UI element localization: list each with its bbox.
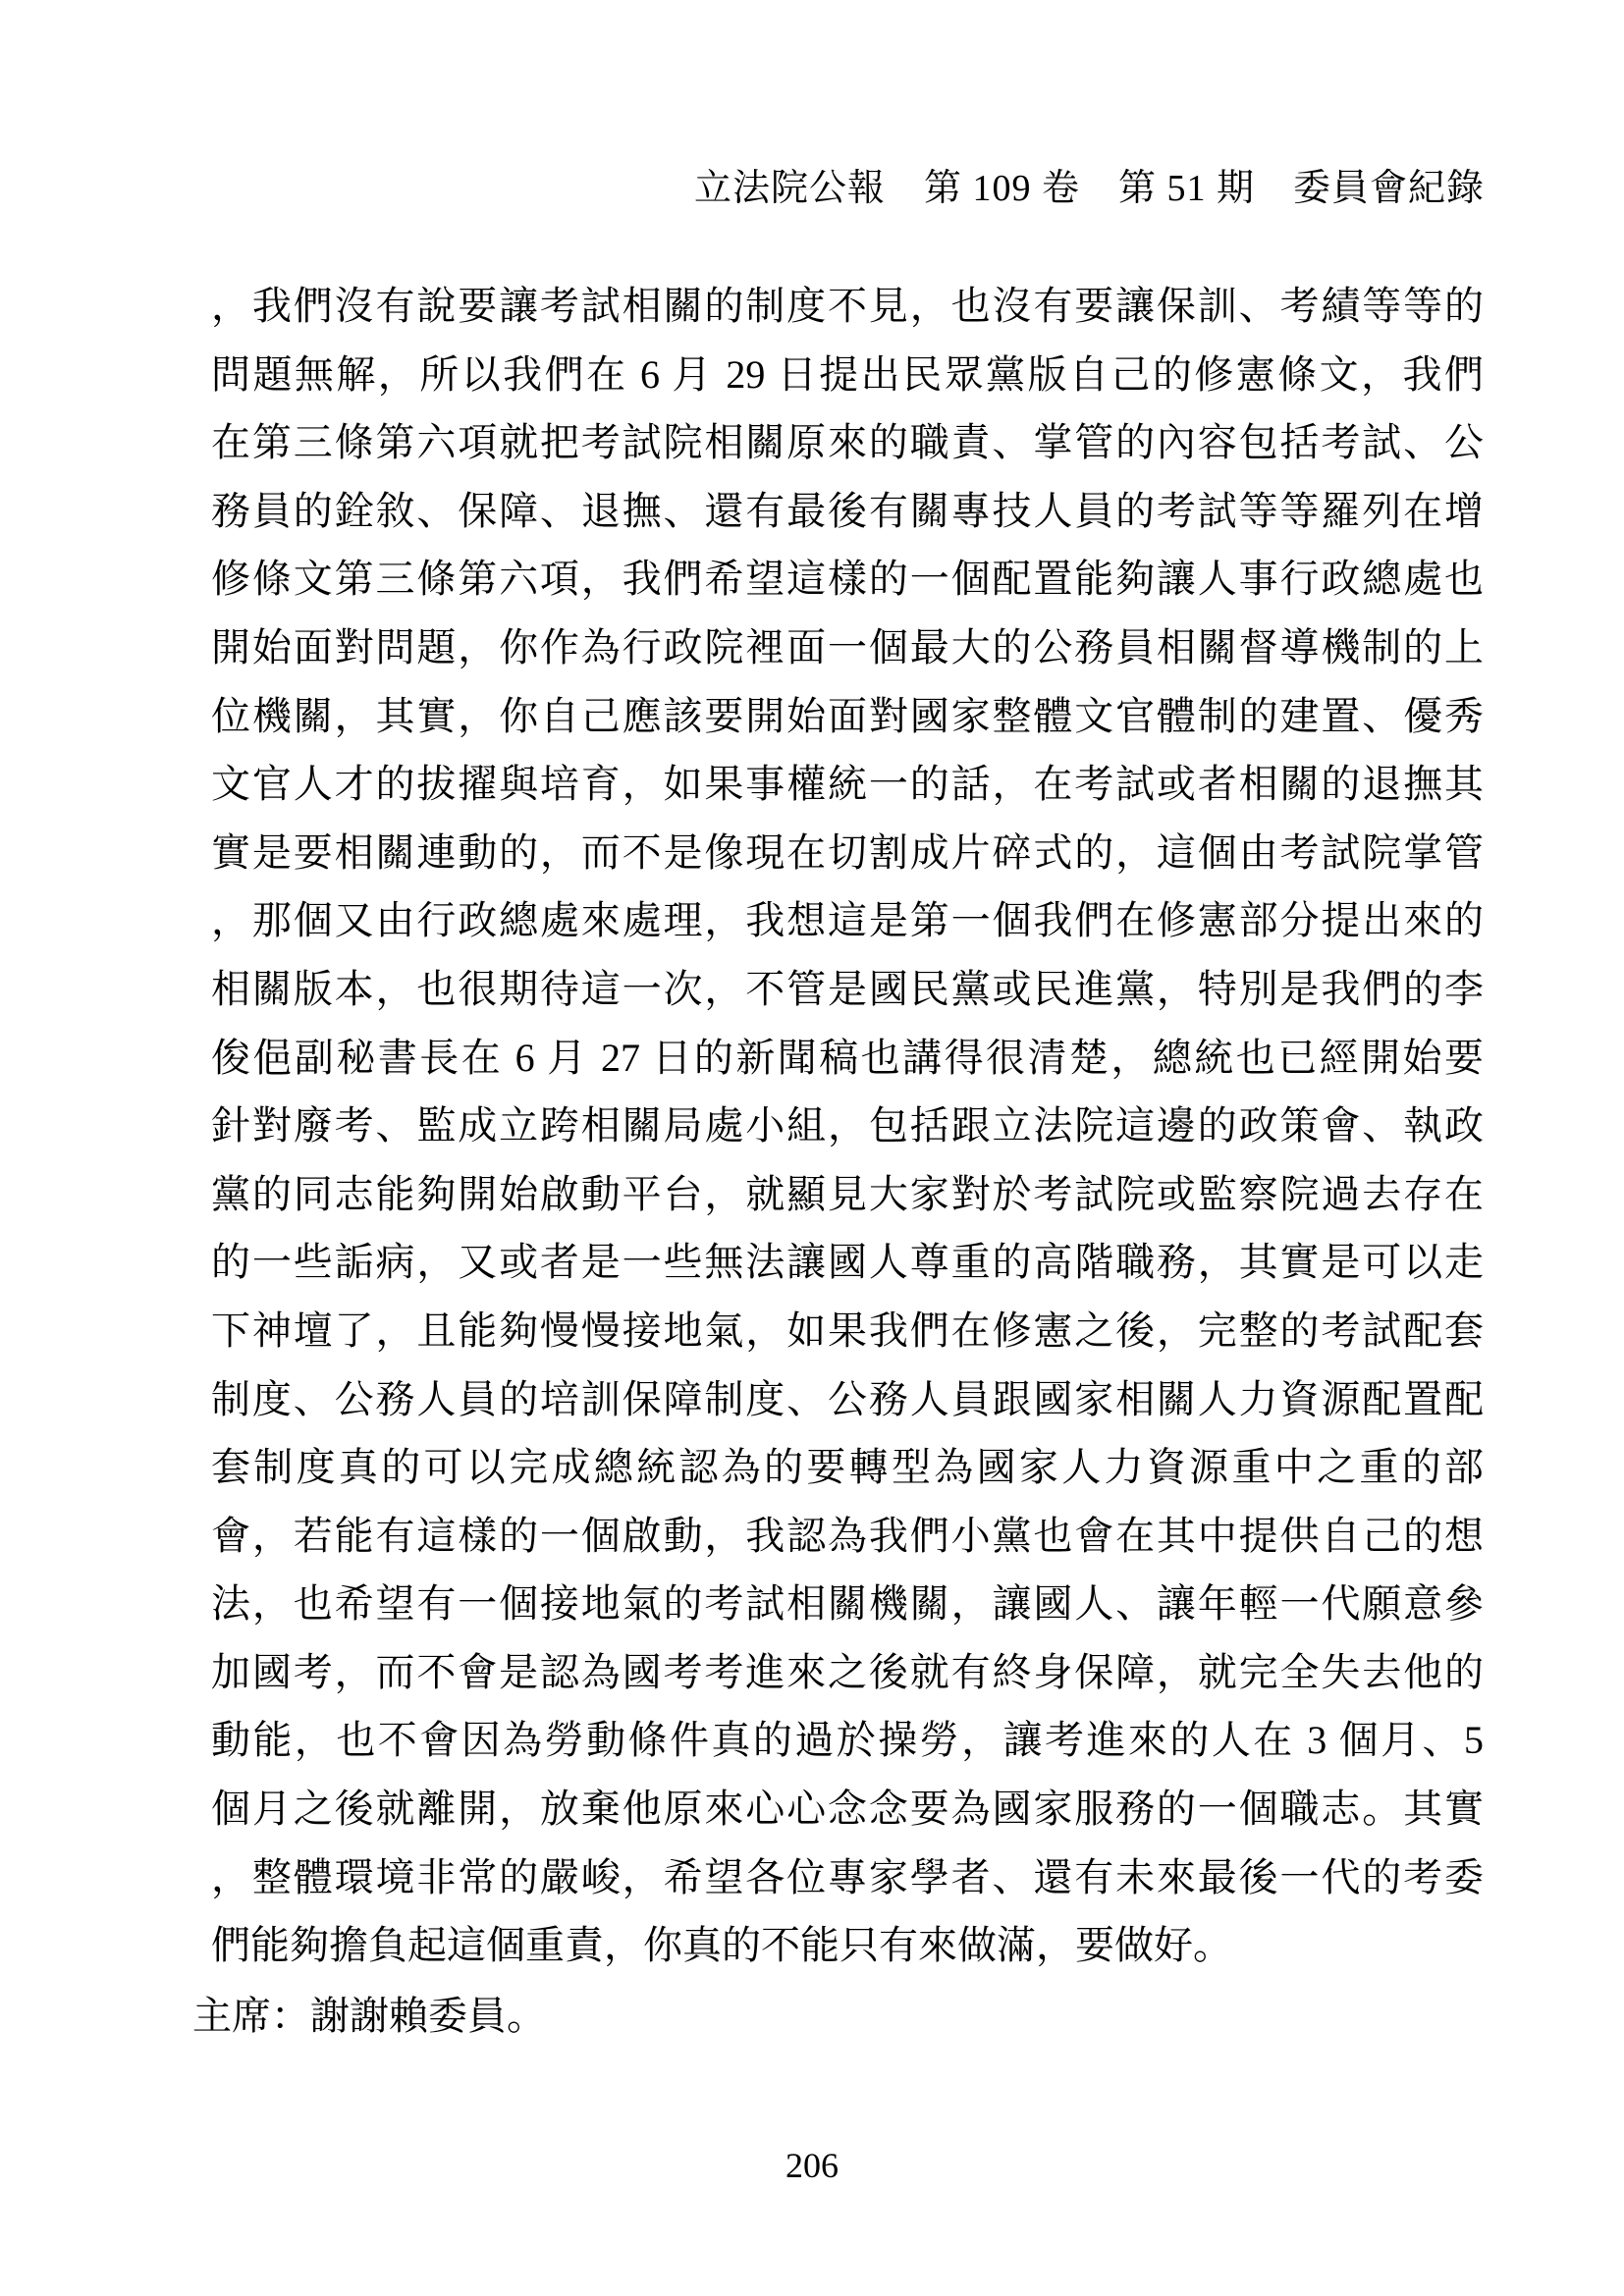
speech-line: ，整體環境非常的嚴峻，希望各位專家學者、還有未來最後一代的考委	[211, 1843, 1484, 1912]
speech-line: 的一些詬病，又或者是一些無法讓國人尊重的高階職務，其實是可以走	[211, 1228, 1484, 1297]
speech-line: 文官人才的拔擢與培育，如果事權統一的話，在考試或者相關的退撫其	[211, 750, 1484, 819]
chairman-statement: 主席：謝謝賴委員。	[192, 1993, 546, 2040]
speech-line: 法，也希望有一個接地氣的考試相關機關，讓國人、讓年輕一代願意參	[211, 1570, 1484, 1638]
speech-line: 問題無解，所以我們在 6 月 29 日提出民眾黨版自己的修憲條文，我們	[211, 341, 1484, 409]
speech-line: 相關版本，也很期待這一次，不管是國民黨或民進黨，特別是我們的李	[211, 955, 1484, 1024]
speech-line: 俊俋副秘書長在 6 月 27 日的新聞稿也講得很清楚，總統也已經開始要	[211, 1024, 1484, 1093]
speech-line: ，那個又由行政總處來處理，我想這是第一個我們在修憲部分提出來的	[211, 886, 1484, 955]
speech-line: 位機關，其實，你自己應該要開始面對國家整體文官體制的建置、優秀	[211, 682, 1484, 751]
gazette-page: 立法院公報 第 109 卷 第 51 期 委員會紀錄 ，我們沒有說要讓考試相關的…	[0, 0, 1624, 2296]
gazette-header: 立法院公報 第 109 卷 第 51 期 委員會紀錄	[694, 167, 1485, 210]
speech-line: 個月之後就離開，放棄他原來心心念念要為國家服務的一個職志。其實	[211, 1775, 1484, 1843]
speech-line: 黨的同志能夠開始啟動平台，就顯見大家對於考試院或監察院過去存在	[211, 1160, 1484, 1229]
speech-line: 套制度真的可以完成總統認為的要轉型為國家人力資源重中之重的部	[211, 1433, 1484, 1502]
speech-line: 制度、公務人員的培訓保障制度、公務人員跟國家相關人力資源配置配	[211, 1365, 1484, 1434]
speech-line: 針對廢考、監成立跨相關局處小組，包括跟立法院這邊的政策會、執政	[211, 1092, 1484, 1160]
speech-line: 務員的銓敘、保障、退撫、還有最後有關專技人員的考試等等羅列在增	[211, 477, 1484, 546]
speech-line: 開始面對問題，你作為行政院裡面一個最大的公務員相關督導機制的上	[211, 614, 1484, 682]
speech-line: 動能，也不會因為勞動條件真的過於操勞，讓考進來的人在 3 個月、5	[211, 1706, 1484, 1775]
speech-line: 在第三條第六項就把考試院相關原來的職責、掌管的內容包括考試、公	[211, 408, 1484, 477]
speech-paragraph: ，我們沒有說要讓考試相關的制度不見，也沒有要讓保訓、考績等等的 問題無解，所以我…	[211, 272, 1484, 1980]
speech-line: 實是要相關連動的，而不是像現在切割成片碎式的，這個由考試院掌管	[211, 819, 1484, 887]
speech-line: ，我們沒有說要讓考試相關的制度不見，也沒有要讓保訓、考績等等的	[211, 272, 1484, 341]
page-number: 206	[0, 2145, 1624, 2186]
speech-line: 修條文第三條第六項，我們希望這樣的一個配置能夠讓人事行政總處也	[211, 545, 1484, 614]
speech-line: 會，若能有這樣的一個啟動，我認為我們小黨也會在其中提供自己的想	[211, 1502, 1484, 1571]
speech-line: 們能夠擔負起這個重責，你真的不能只有來做滿，要做好。	[211, 1911, 1484, 1980]
speech-line: 下神壇了，且能夠慢慢接地氣，如果我們在修憲之後，完整的考試配套	[211, 1297, 1484, 1365]
speech-line: 加國考，而不會是認為國考考進來之後就有終身保障，就完全失去他的	[211, 1638, 1484, 1707]
